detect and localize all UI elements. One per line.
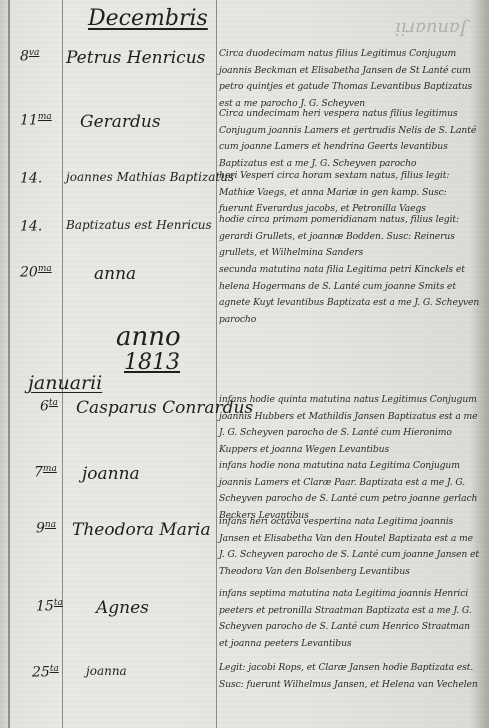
entry-name: joanna [82,464,140,484]
entry-name: Baptizatus est Henricus [66,218,212,232]
entry-text: infans hodie quinta matutina natus Legit… [219,392,481,458]
entry-text: Circa undecimam heri vespera natus filiu… [219,106,481,172]
entry-date: 15ta [36,598,63,615]
entry-name: Theodora Maria [72,520,211,540]
entry-date: 20ma [20,264,52,281]
entry-date: 14. [20,218,42,235]
register-page: Januarii Decembris 8va Petrus Henricus C… [0,0,489,728]
entry-date: 25ta [32,664,59,681]
entry-date: 6ta [40,398,58,415]
entry-date: 8va [20,48,39,65]
entry-text: hodie circa primam pomeridianam natus, f… [219,212,481,262]
bleed-through-text: Januarii [395,18,467,39]
entry-name: Petrus Henricus [66,48,205,68]
name-column-rule [216,0,217,728]
entry-date: 11ma [20,112,52,129]
entry-date: 9na [36,520,56,537]
entry-text: heri Vesperi circa horam sextam natus, f… [219,168,481,218]
date-column-rule [62,0,63,728]
entry-date: 14. [20,170,42,187]
entry-text: infans heri octava vespertina nata Legit… [219,514,481,580]
year-label: anno [116,322,181,352]
entry-text: Circa duodecimam natus filius Legitimus … [219,46,481,112]
entry-name: Gerardus [80,112,161,132]
year-heading: 1813 [124,350,180,375]
month-heading: januarii [28,372,102,394]
month-heading: Decembris [88,6,208,31]
entry-date: 7ma [34,464,57,481]
page-edge-rule [8,0,10,728]
entry-text: Legit: jacobi Rops, et Claræ Jansen hodi… [219,660,481,693]
entry-name: joannes Mathias Baptizatus [66,170,234,184]
entry-text: infans septima matutina nata Legitima jo… [219,586,481,652]
entry-name: joanna [86,664,127,678]
entry-text: secunda matutina nata filia Legitima pet… [219,262,481,328]
entry-name: anna [94,264,136,284]
entry-name: Agnes [96,598,149,618]
